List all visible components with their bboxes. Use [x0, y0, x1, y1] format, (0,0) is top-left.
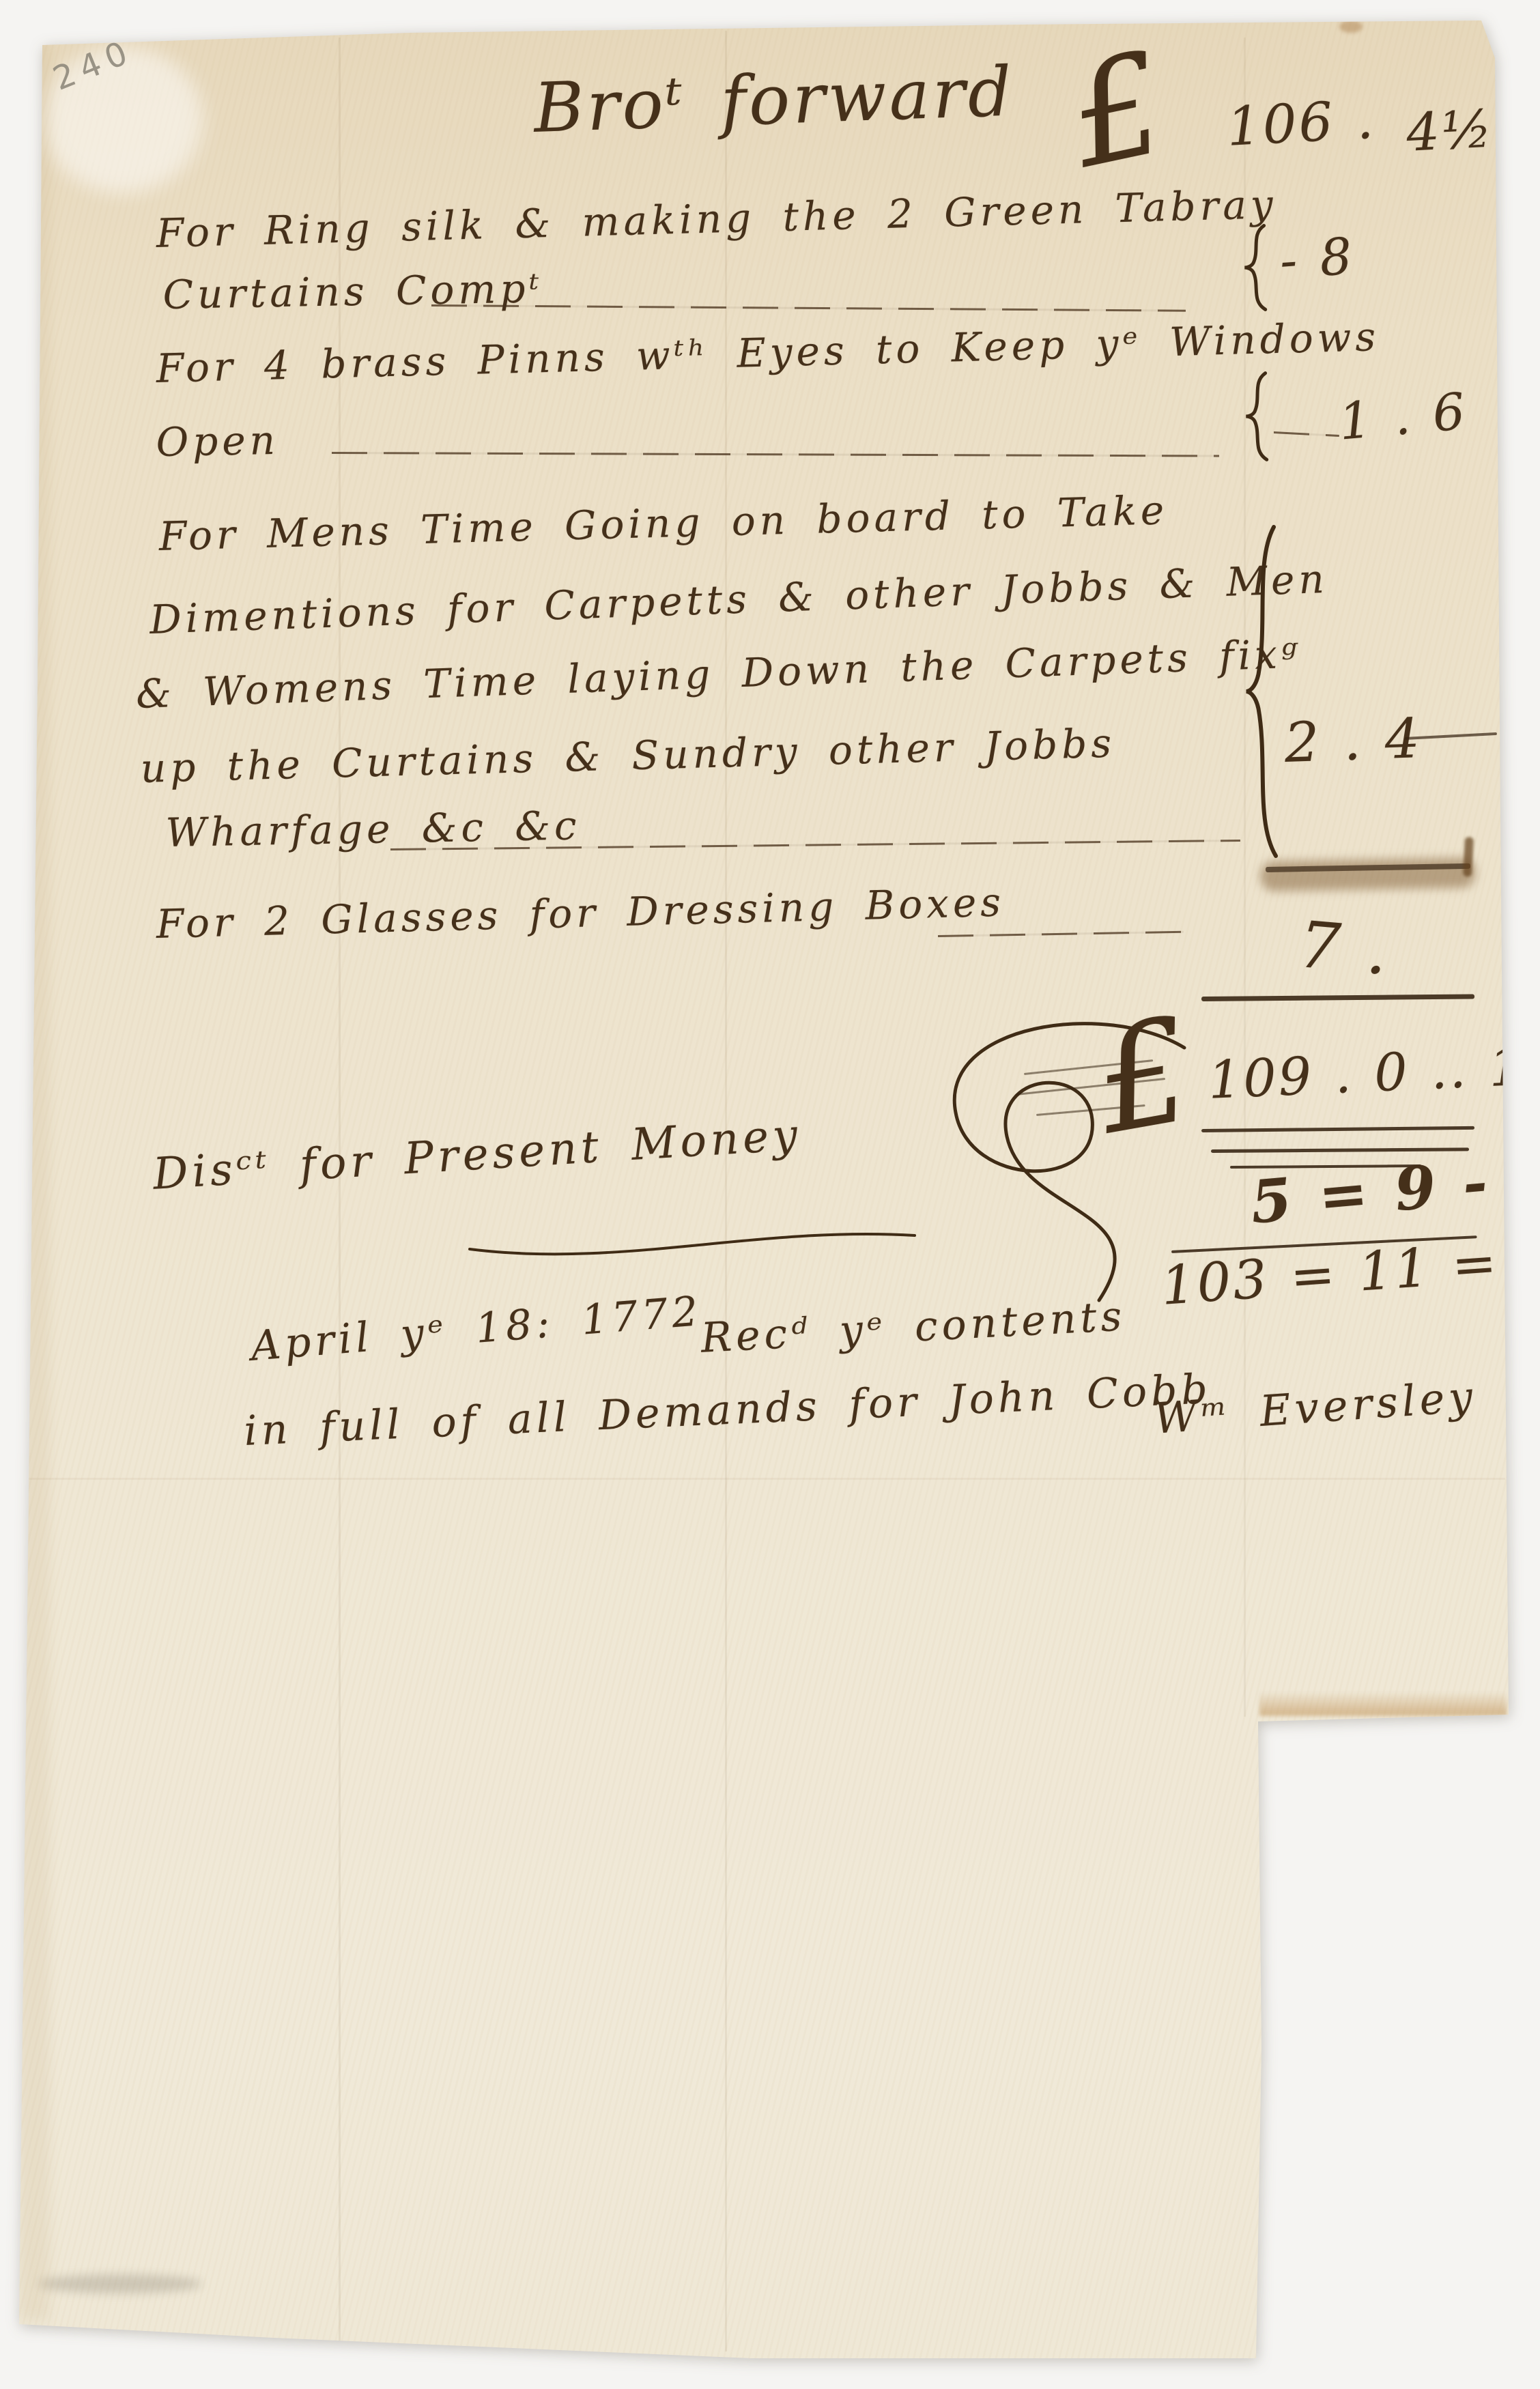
entry-2-brace: [1242, 371, 1271, 461]
paper-sheet: 240 Broᵗ forward £ 106 . 4½ For Ring sil…: [0, 0, 1540, 2389]
entry-2-line-2: Open: [156, 417, 280, 466]
entry-1-line-2: Curtains Compᵗ: [162, 265, 543, 318]
entry-3-amount: 2 . 4: [1283, 706, 1423, 775]
brought-forward-pence: 4½: [1405, 98, 1495, 163]
left-edge-shading: [19, 41, 50, 2321]
entry-3-brace: [1241, 520, 1282, 863]
entry-1-brace: [1241, 224, 1270, 311]
torn-edge-browning: [1259, 1691, 1507, 1716]
discount-underline-sweep: [464, 1220, 922, 1263]
entry-2-amount: 1 . 6: [1337, 382, 1470, 452]
fold-crease-horizontal: [27, 1478, 1505, 1480]
fold-crease-vertical-2: [725, 31, 727, 2351]
scanned-document: 240 Broᵗ forward £ 106 . 4½ For Ring sil…: [0, 0, 1540, 2389]
bottom-left-smudge: [38, 2274, 202, 2293]
edge-fleck: [1339, 20, 1363, 33]
paper-sheet-wrapper: 240 Broᵗ forward £ 106 . 4½ For Ring sil…: [0, 0, 1540, 2389]
brought-forward-pounds: 106 .: [1225, 89, 1377, 158]
brought-forward-label: Broᵗ forward: [532, 51, 1016, 147]
entry-1-amount: - 8: [1278, 227, 1356, 290]
ink-smudge: [1260, 858, 1476, 891]
entry-4-amount: 7 .: [1296, 908, 1393, 990]
